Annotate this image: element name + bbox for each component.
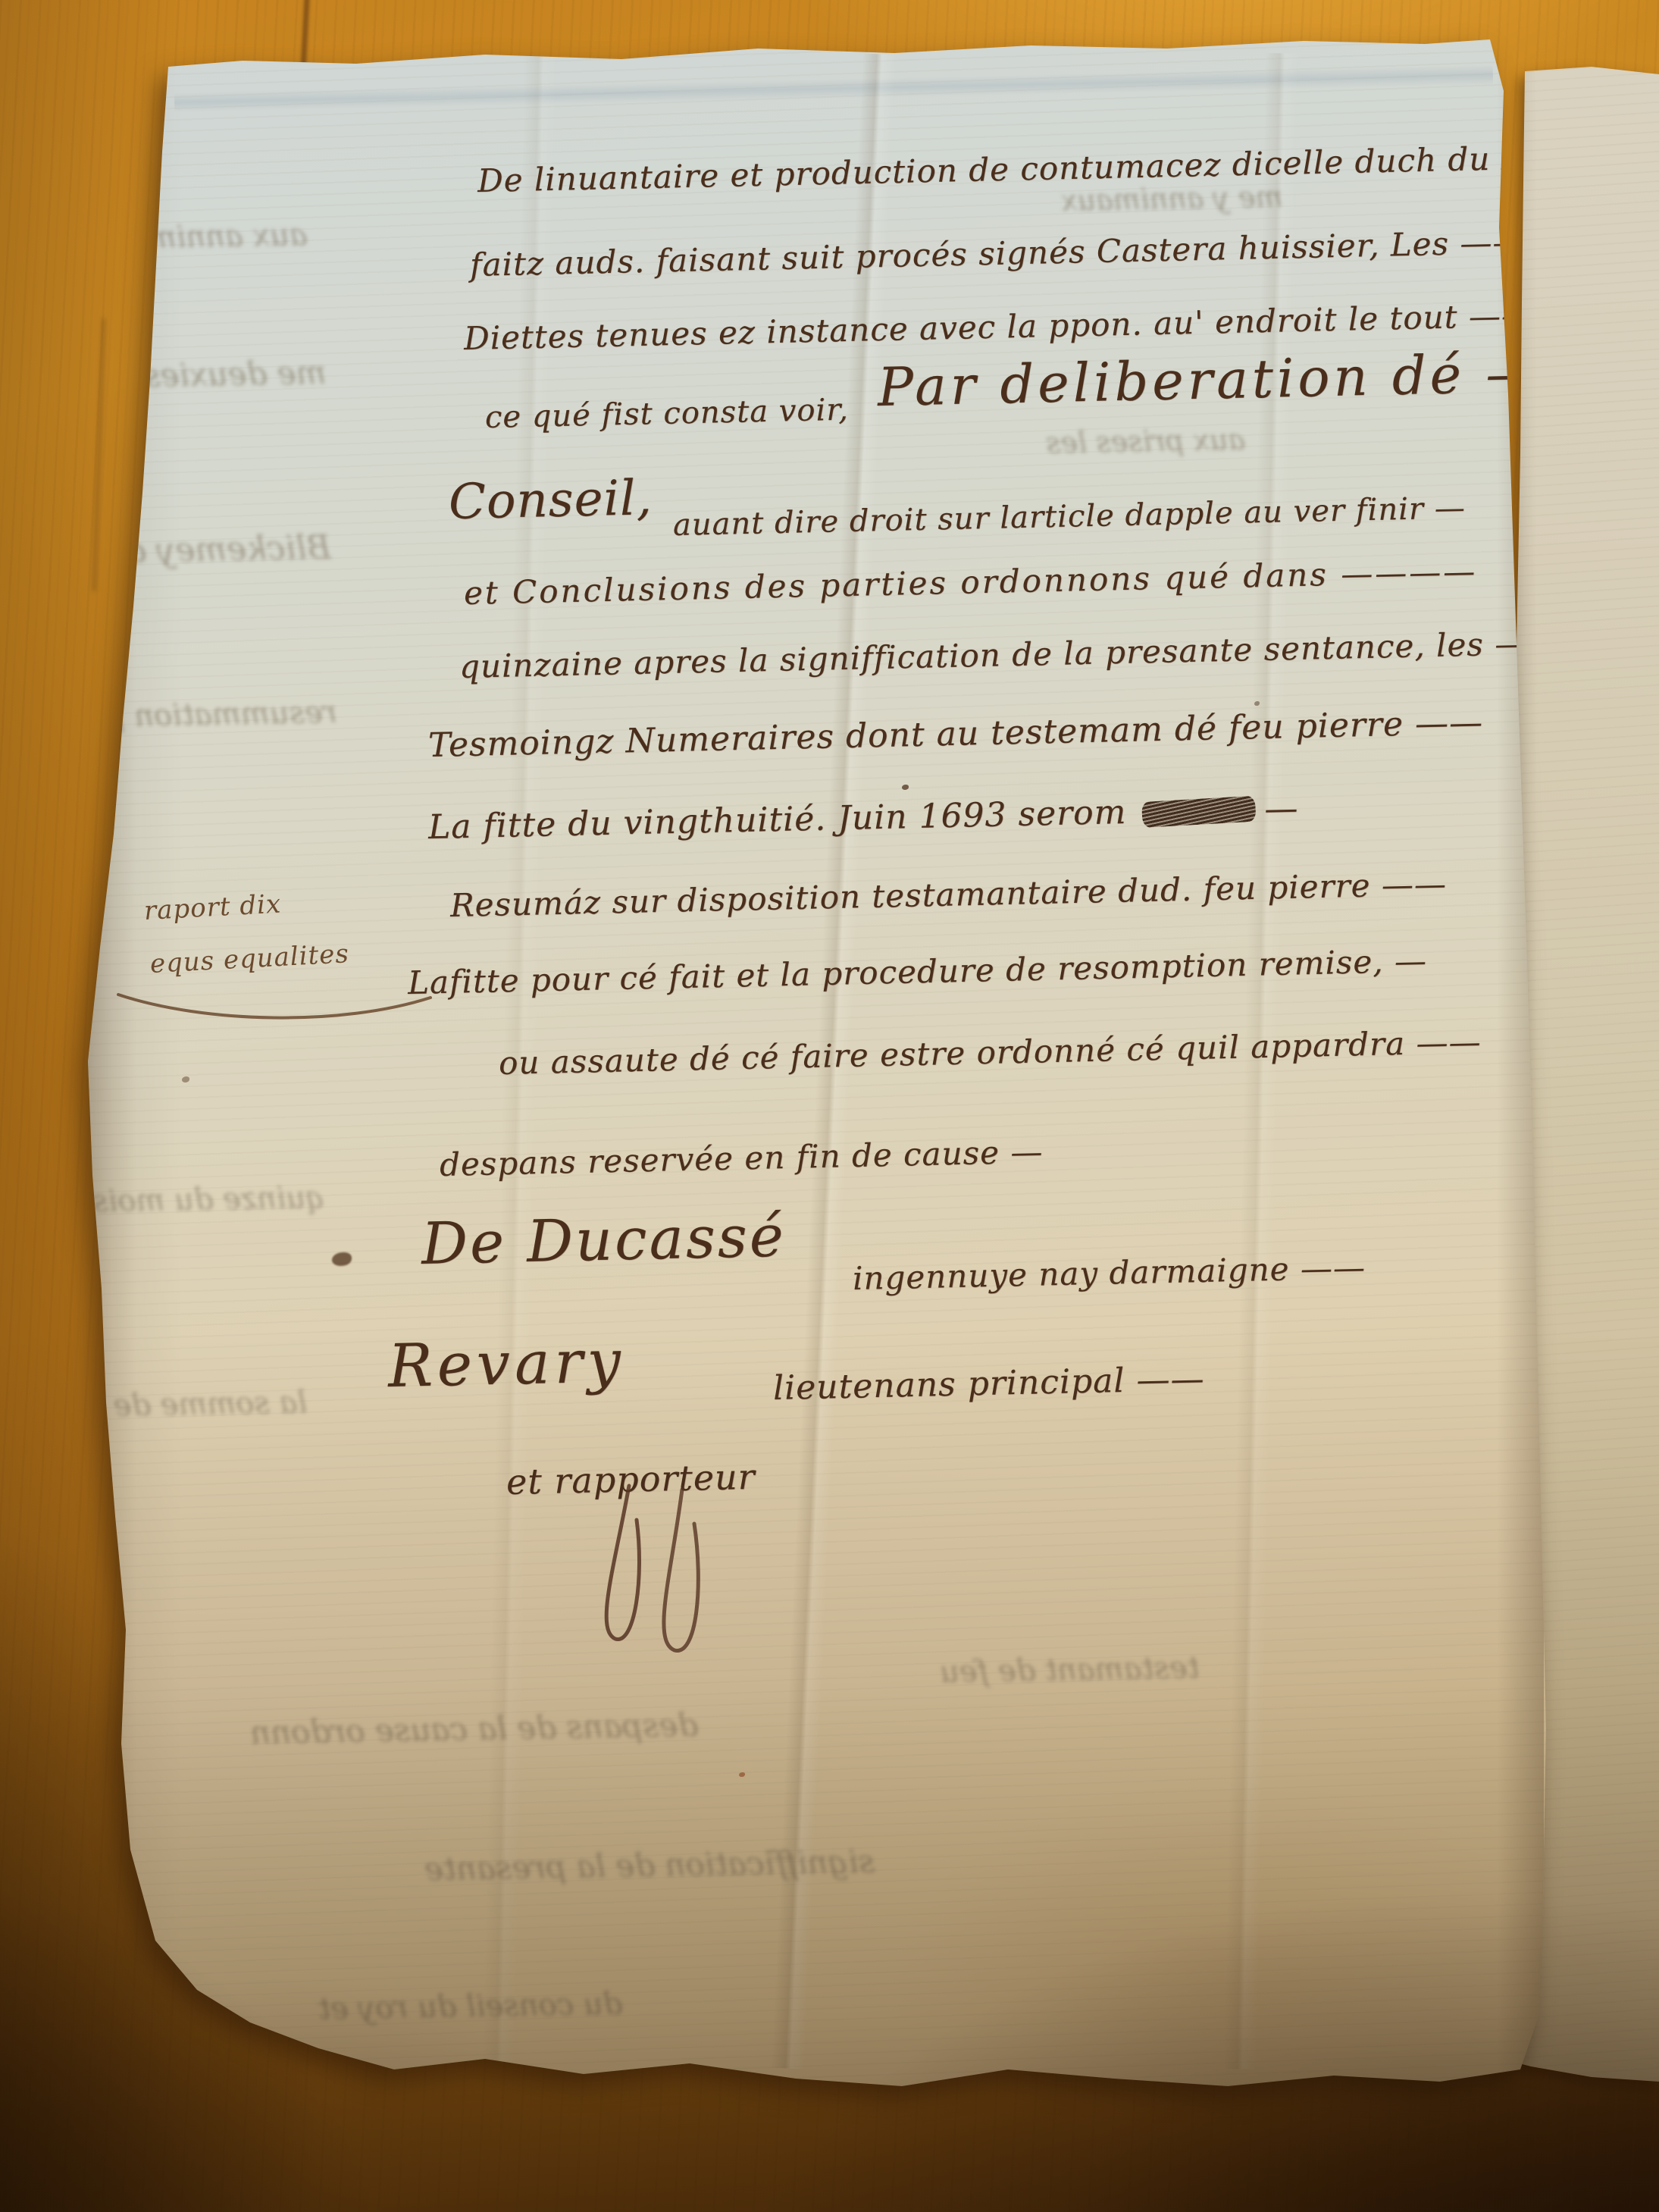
- showthrough-text: signiffication de la presante: [424, 1843, 875, 1888]
- showthrough-text: me deuxiesme du: [44, 354, 327, 396]
- manuscript-line-9: La fitte du vingthuitié. Juin 1693 serom…: [427, 789, 1298, 847]
- signature-revary: Revary: [387, 1327, 626, 1401]
- photograph-scene: aux annimaux et me deuxiesme du Blickeme…: [0, 0, 1659, 2212]
- showthrough-text: resummation par: [73, 695, 338, 735]
- showthrough-text: du conseil du roy et: [318, 1987, 623, 2027]
- showthrough-text: la somme de dix: [58, 1385, 308, 1424]
- signature-ducasse: De Ducassé: [421, 1202, 787, 1277]
- manuscript-line-4: ce qué fist consta voir,: [484, 393, 849, 435]
- showthrough-text: Blickemey du 16: [50, 528, 332, 572]
- showthrough-text: testamant de feu: [940, 1650, 1200, 1690]
- manuscript-page: aux annimaux et me deuxiesme du Blickeme…: [0, 0, 1659, 2212]
- margin-note-line-2: equs equalites: [149, 938, 350, 979]
- manuscript-page-wrap: aux annimaux et me deuxiesme du Blickeme…: [0, 0, 1659, 2212]
- ink-blot: [332, 1252, 352, 1266]
- signature-descender-flourish: [531, 1478, 849, 1675]
- showthrough-text: aux prises les: [1046, 423, 1246, 460]
- manuscript-line-2: faitz auds. faisant suit procés signés C…: [469, 224, 1525, 284]
- margin-note-line-1: raport dix: [143, 889, 282, 926]
- manuscript-line-6: et Conclusions des parties ordonnons qué…: [463, 553, 1477, 612]
- page-left-edge-shade: [83, 45, 136, 2047]
- manuscript-line-10: Resumáz sur disposition testamantaire du…: [449, 865, 1447, 924]
- line-9-trailing-dash: —: [1264, 789, 1299, 829]
- manuscript-line-5-large-script: Conseil,: [448, 470, 653, 531]
- ink-speck: [739, 1772, 745, 1777]
- manuscript-line-5: auant dire droit sur larticle dapple au …: [672, 490, 1466, 543]
- ink-speck: [902, 785, 909, 790]
- signature-ducasse-title: ingennuye nay darmaigne ——: [852, 1249, 1366, 1297]
- manuscript-line-12: ou assaute dé cé faire estre ordonné cé …: [498, 1023, 1481, 1082]
- showthrough-text: despans de la cause ordonn: [250, 1706, 699, 1751]
- ink-speck: [182, 1076, 189, 1083]
- showthrough-text: quinze du mois de: [45, 1180, 326, 1220]
- signature-revary-title: lieutenans principal ——: [772, 1360, 1204, 1408]
- showthrough-text: aux annimaux et: [53, 218, 308, 257]
- margin-note-underline-flourish: [114, 982, 440, 1036]
- struck-out-word: [1141, 796, 1256, 828]
- manuscript-line-4-large-script: Par deliberation dé —: [877, 342, 1543, 418]
- manuscript-line-8: Tesmoingz Numeraires dont au testemam dé…: [427, 703, 1483, 765]
- manuscript-line-7: quinzaine apres la signiffication de la …: [459, 625, 1527, 685]
